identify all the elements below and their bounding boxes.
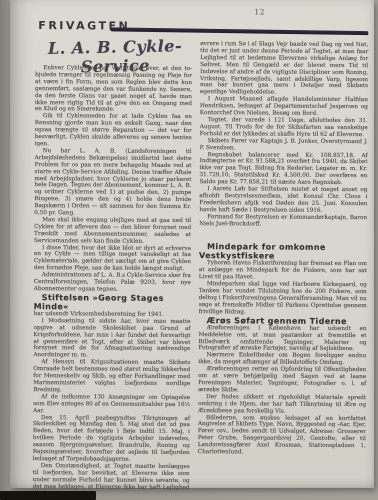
article-georg-stage-paragraph: Formand for Bestyrelsen er Kommandørkapt…: [199, 214, 367, 229]
article-aeroe-paragraph: Billederne, som ønskes ledsaget af en ko…: [198, 415, 366, 457]
article-aeroe-paragraph: Ærøforeningen i København har udsendt en…: [198, 325, 366, 354]
article-cykle-paragraph: Nu har L. A. B. (Landsforeningen til Arb…: [34, 148, 191, 218]
article-georg-stage-paragraph: I August Maaned aflagde Handelsminister …: [200, 96, 368, 118]
article-cykle-paragraph: Gik til Cyklesmeden for at lade Cyklen f…: [35, 113, 192, 148]
article-aeroe-paragraph: Nærmere Enkeltheder om Bogen foreligger …: [198, 352, 366, 367]
article-georg-stage-paragraph: Den 15. April paabegyndtes Tilrigningen …: [33, 415, 190, 464]
header-rule: [110, 27, 368, 35]
article-georg-stage-paragraph: Regnskabet balancerer med Kr. 108.857,18…: [199, 152, 367, 188]
article-aeroe-paragraph: Ærøforeningen retter en Opfordring til O…: [198, 366, 366, 395]
scan-edge-artifact: [0, 491, 96, 500]
left-column: Enhver Cykle-Ejer har været klar over, a…: [33, 65, 192, 458]
article-cykle-paragraph: I disse Tider, hvor det ikke blot er dyr…: [34, 245, 191, 274]
magazine-page: 12 FRIVAGTEN L. A. B. Cykle-Service Enhv…: [10, 0, 374, 488]
article-cykle-paragraph: Man skal ikke engang ulejliges med at ga…: [34, 217, 191, 246]
article-georg-stage-paragraph: I Modsætning til sidste Aar, hvor man ma…: [33, 318, 190, 360]
article-georg-stage-paragraph: Af Hensyn til Krigssituationen maatte Sk…: [33, 359, 190, 394]
section-heading-georg-stage: Stiftelsen »Georg Stages Minde«: [34, 293, 191, 312]
article-aeroe-paragraph: Der findes sikkert et rigeholdigt Materi…: [198, 394, 366, 416]
article-georg-stage-paragraph: øvrere i rum Sø i al Slags Vejr baade ve…: [200, 41, 368, 97]
page-number: 12: [254, 7, 265, 16]
article-cykle-paragraph: Administrationen af L. A. B.s Cykle-Serv…: [34, 272, 191, 294]
right-column: øvrere i rum Sø i al Slags Vejr baade ve…: [198, 41, 369, 470]
article-georg-stage-paragraph: Skibets Fører var Kaptajn J. B. Junker, …: [200, 138, 368, 153]
article-georg-stage-paragraph: Af de indkomne 130 Ansøgninger om Optage…: [33, 394, 190, 416]
scanned-magazine-page: { "page": { "brand": "FRIVAGTEN", "numbe…: [0, 0, 378, 500]
article-georg-stage-paragraph: Togtet, der varede i 121 Dage, afslutted…: [200, 117, 368, 139]
article-mindepark-paragraph: Mindeparken skal ligge ved Harboøre Kirk…: [199, 281, 367, 317]
section-heading-mindepark: Mindepark for omkomne Vestkystfiskere: [199, 243, 367, 262]
article-georg-stage-paragraph: I Aarets Løb har Stiftelsen mistet et me…: [199, 186, 367, 215]
article-cykle-paragraph: Enhver Cykle-Ejer har været klar over, a…: [35, 65, 192, 114]
article-mindepark-paragraph: Tyborøn Havns Fiskeriforening har fremsa…: [199, 261, 367, 283]
